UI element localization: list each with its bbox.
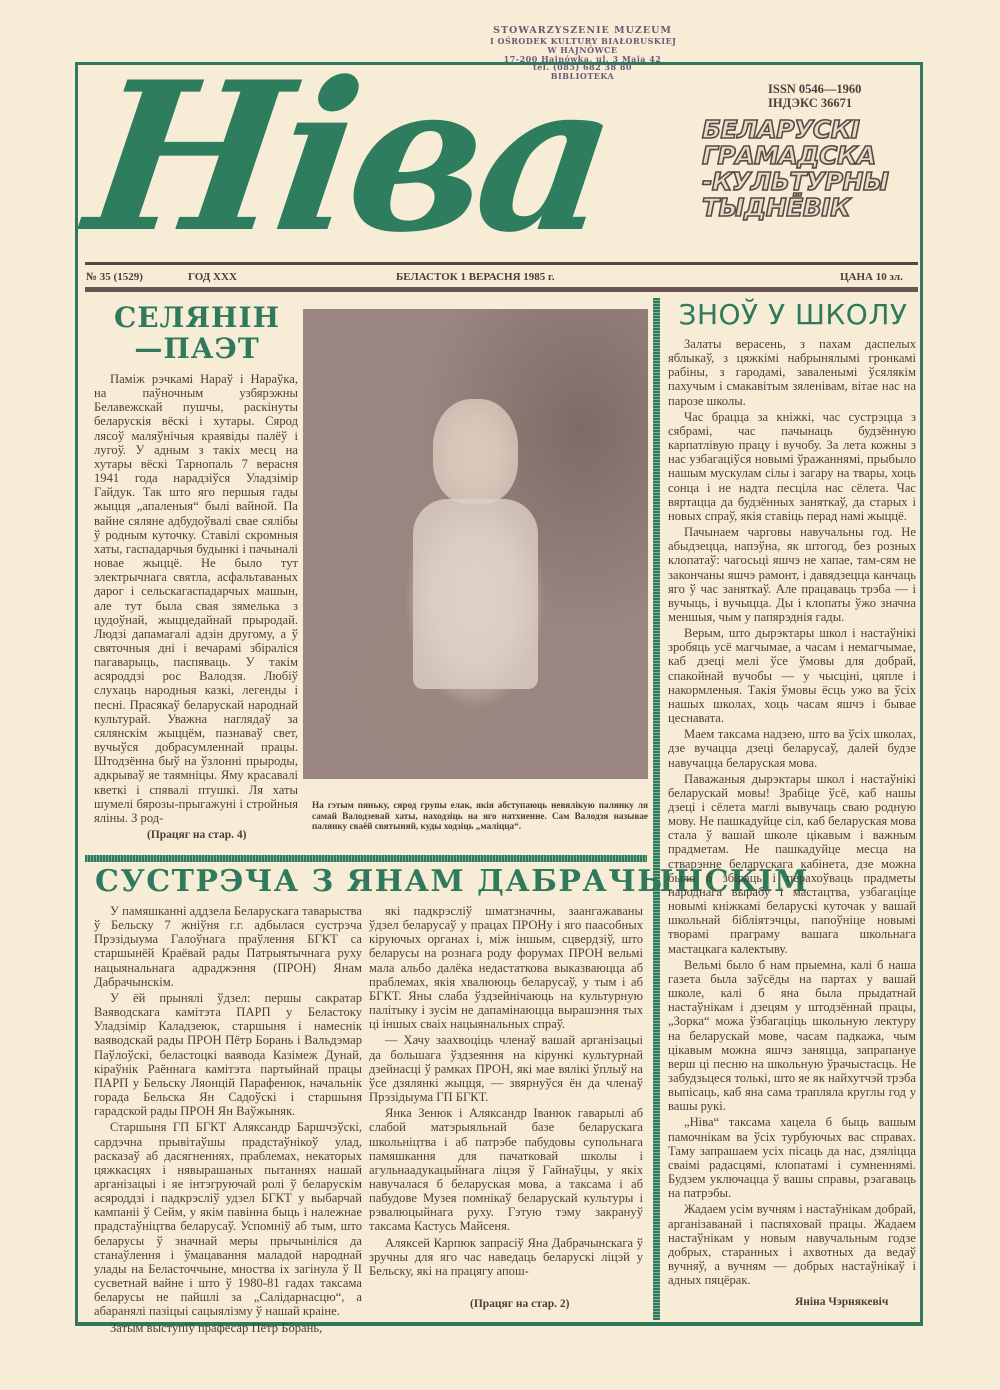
- paragraph: Аляксей Карпюк запрасіў Яна Дабрачынскаг…: [369, 1236, 643, 1278]
- green-divider: [85, 855, 647, 862]
- continued-note: (Працяг на стар. 4): [147, 829, 247, 841]
- publication-year: ГОД XXX: [188, 271, 237, 283]
- photo-caption: На гэтым пяньку, сярод групы елак, якія …: [312, 800, 648, 832]
- paragraph: Час брацца за кніжкі, час сустрэцца з ся…: [668, 410, 916, 523]
- paragraph: Маем таксама надзею, што ва ўсіх школах,…: [668, 727, 916, 769]
- paragraph: Янка Зенюк і Аляксандр Іванюк гаварылі а…: [369, 1106, 643, 1233]
- paragraph: — Хачу заахвоціць членаў вашай арганізац…: [369, 1033, 643, 1104]
- divider-rule: [85, 287, 918, 292]
- headline-line: СЕЛЯНІН: [102, 302, 292, 333]
- article-headline-school: ЗНОЎ У ШКОЛУ: [668, 298, 918, 332]
- paragraph: Затым выступіў прафесар Пётр Борань,: [94, 1321, 362, 1335]
- paragraph: Вельмі было б нам прыемна, калі б наша г…: [668, 958, 916, 1114]
- divider-rule: [85, 262, 918, 265]
- article-body-meeting-left: У памяшканні аддзела Беларускага таварыс…: [94, 904, 362, 1337]
- issue-number: № 35 (1529): [86, 271, 143, 283]
- paragraph: „Ніва“ таксама хацела б быць вашым памоч…: [668, 1115, 916, 1200]
- subtitle-line: ГРАМАДСКА: [702, 143, 912, 169]
- newspaper-page: STOWARZYSZENIE MUZEUM I OŚRODEK KULTURY …: [0, 0, 1000, 1390]
- article-headline-poet: СЕЛЯНІН —ПАЭТ: [102, 302, 292, 364]
- subtitle-line: -КУЛЬТУРНЫ: [702, 169, 912, 195]
- paragraph: Жадаем усім вучням і настаўнікам добрай,…: [668, 1202, 916, 1287]
- continued-note: (Працяг на стар. 2): [470, 1298, 570, 1310]
- paragraph: Паважаныя дырэктары школ і настаўнікі бе…: [668, 772, 916, 956]
- issn-number: ISSN 0546—1960: [768, 82, 861, 96]
- paragraph: Верым, што дырэктары школ і настаўнікі з…: [668, 626, 916, 725]
- paragraph: Паміж рэчкамі Нараў і Нараўка, на паўноч…: [94, 372, 298, 825]
- headline-line: —ПАЭТ: [102, 333, 292, 364]
- issn-block: ISSN 0546—1960 ІНДЭКС 36671: [768, 82, 861, 111]
- price: ЦАНА 10 зл.: [840, 271, 903, 283]
- photo-head-shape: [433, 399, 518, 504]
- paragraph: які падкрэсліў шматзначны, заангажаваны …: [369, 904, 643, 1031]
- masthead-logo: Ніва: [78, 56, 622, 261]
- subtitle-line: БЕЛАРУСКІ: [702, 117, 912, 143]
- article-author: Яніна Чэрнякевіч: [795, 1296, 888, 1308]
- paragraph: У ёй прынялі ўдзел: першы сакратар Ваяво…: [94, 991, 362, 1118]
- article-body-school: Залаты верасень, з пахам даспелых яблыка…: [668, 337, 916, 1289]
- paragraph: Залаты верасень, з пахам даспелых яблыка…: [668, 337, 916, 408]
- place-date: БЕЛАСТОК 1 ВЕРАСНЯ 1985 г.: [396, 271, 555, 283]
- masthead-subtitle: БЕЛАРУСКІ ГРАМАДСКА -КУЛЬТУРНЫ ТЫДНЁВІК: [702, 117, 912, 221]
- article-body-poet: Паміж рэчкамі Нараў і Нараўка, на паўноч…: [94, 372, 298, 827]
- article-headline-meeting: СУСТРЭЧА З ЯНАМ ДАБРАЧЫНСКІМ: [95, 864, 645, 900]
- article-body-meeting-right: які падкрэсліў шматзначны, заангажаваны …: [369, 904, 643, 1280]
- green-column-divider: [653, 298, 660, 1320]
- index-number: ІНДЭКС 36671: [768, 96, 861, 110]
- paragraph: Пачынаем чарговы навучальны год. Не абыд…: [668, 525, 916, 624]
- paragraph: Старшыня ГП БГКТ Аляксандр Баршчэўскі, с…: [94, 1120, 362, 1318]
- portrait-photo: [303, 309, 648, 779]
- subtitle-line: ТЫДНЁВІК: [702, 195, 912, 221]
- paragraph: У памяшканні аддзела Беларускага таварыс…: [94, 904, 362, 989]
- photo-body-shape: [413, 499, 538, 689]
